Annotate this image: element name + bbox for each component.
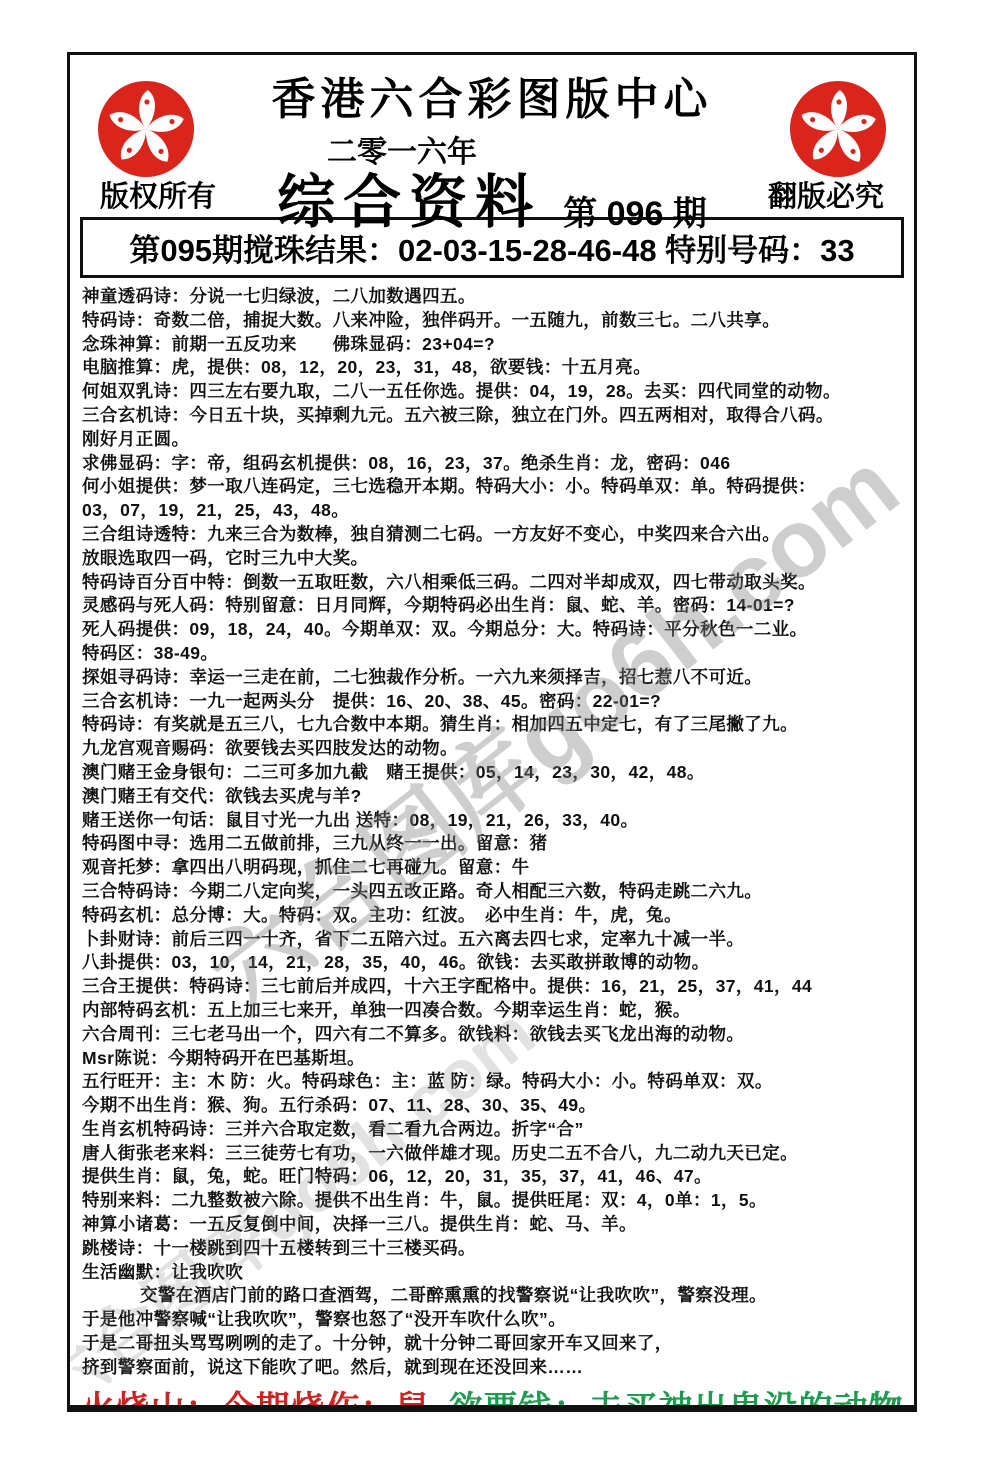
- body-line: 特别来料：二九整数被六除。提供不出生肖：牛，鼠。提供旺尾：双：4，0单：1，5。: [82, 1189, 902, 1213]
- body-line: 三合玄机诗：今日五十块，买掉剩九元。五六被三除，独立在门外。四五两相对，取得合八…: [82, 404, 902, 428]
- body-line: 特码玄机：总分博：大。特码：双。主功：红波。 必中生肖：牛，虎，兔。: [82, 904, 902, 928]
- footer-segment: 火烧山：今期烧伤：鼠: [81, 1381, 431, 1412]
- body-line: 提供生肖：鼠，兔，蛇。旺门特码：06，12，20，31，35，37，41，46、…: [82, 1165, 902, 1189]
- body-line: 五行旺开：主：木 防：火。特码球色：主：蓝 防：绿。特码大小：小。特码单双：双。: [82, 1070, 902, 1094]
- body-line: 特码图中寻：选用二五做前排，三九从终一一出。留意：猪: [82, 832, 902, 856]
- document-frame: 香港六合彩图版中心 二零一六年 综合资料 第 096 期 版权所有 翻版必究: [67, 52, 917, 1412]
- body-line: 跳楼诗：十一楼跳到四十五楼转到三十三楼买码。: [82, 1237, 902, 1261]
- body-line: 探姐寻码诗：幸运一三走在前，二七独裁作分析。一六九来须择吉，招七惹八不可近。: [82, 666, 902, 690]
- body-line: 于是他冲警察喊“让我吹吹”，警察也怒了“没开车吹什么吹”。: [82, 1308, 902, 1332]
- body-line: 九龙宫观音赐码：欲要钱去买四肢发达的动物。: [82, 737, 902, 761]
- body-line: 放眼选取四一码，它时三九中大奖。: [82, 547, 902, 571]
- body-line: 神童透码诗：分说一七归绿波，二八加数遇四五。: [82, 285, 902, 309]
- body-line: 特码诗：有奖就是五三八，七九合数中本期。猜生肖：相加四五中定七，有了三尾撇了九。: [82, 713, 902, 737]
- body-line: Msr陈说：今期特码开在巴基斯坦。: [82, 1047, 902, 1071]
- body-line: 挤到警察面前，说这下能吹了吧。然后，就到现在还没回来……: [82, 1356, 902, 1380]
- body-line: 灵感码与死人码：特别留意：日月同辉，今期特码必出生肖：鼠、蛇、羊。密码：14-0…: [82, 594, 902, 618]
- body-line: 何姐双乳诗：四三左右要九取，二八一五任你选。提供：04，19，28。去买：四代同…: [82, 380, 902, 404]
- body-line: 于是二哥扭头骂骂咧咧的走了。十分钟，就十分钟二哥回家开车又回来了，: [82, 1332, 902, 1356]
- body-line: 交警在酒店门前的路口查酒驾，二哥醉熏熏的找警察说“让我吹吹”，警察没理。: [82, 1284, 902, 1308]
- body-line: 何小姐提供：梦一取八连码定，三七选稳开本期。特码大小：小。特码单双：单。特码提供…: [82, 475, 902, 499]
- body-line: 刚好月正圆。: [82, 428, 902, 452]
- page-title: 香港六合彩图版中心: [210, 63, 774, 127]
- body-line: 念珠神算：前期一五反功来 佛珠显码：23+04=?: [82, 333, 902, 357]
- body-line: 内部特码玄机：五上加三七来开，单独一四凑合数。今期幸运生肖：蛇，猴。: [82, 999, 902, 1023]
- content-lines: 神童透码诗：分说一七归绿波，二八加数遇四五。特码诗：奇数二倍，捕捉大数。八来冲险…: [70, 278, 914, 1380]
- issue-number: 第 096 期: [563, 186, 707, 239]
- body-line: 八卦提供：03，10，14，21，28，35，40，46。欲钱：去买敢拼敢博的动…: [82, 951, 902, 975]
- body-line: 三合特码诗：今期二八定向奖，一头四五改正路。奇人相配三六数，特码走跳二六九。: [82, 880, 902, 904]
- body-line: 三合王提供：特码诗：三七前后并成四，十六王字配格中。提供：16，21，25，37…: [82, 975, 902, 999]
- copyright-right: 翻版必究: [768, 174, 884, 215]
- body-line: 特码区：38-49。: [82, 642, 902, 666]
- body-line: 求佛显码：字：帝，组码玄机提供：08，16，23，37。绝杀生肖：龙，密码：04…: [82, 452, 902, 476]
- body-line: 观音托梦：拿四出八明码现，抓住二七再碰九。留意：牛: [82, 856, 902, 880]
- body-line: 唐人街张老来料：三三徒劳七有功，一六做伴雄才现。历史二五不合八，九二动九天已定。: [82, 1142, 902, 1166]
- body-line: 特码诗百分百中特：倒数一五取旺数，六八相乘低三码。二四对半却成双，四七带动取头奖…: [82, 571, 902, 595]
- body-line: 赌王送你一句话：鼠目寸光一九出 送特：08，19，21，26，33，40。: [82, 809, 902, 833]
- body-line: 三合玄机诗：一九一起两头分 提供：16、20、38、45。密码：22-01=?: [82, 690, 902, 714]
- body-line: 卜卦财诗：前后三四一十齐，省下二五陪六过。五六离去四七求，定率九十减一半。: [82, 928, 902, 952]
- body-line: 死人码提供：09，18，24，40。今期单双：双。今期总分：大。特码诗：平分秋色…: [82, 618, 902, 642]
- body-line: 六合周刊：三七老马出一个，四六有二不算多。欲钱料：欲钱去买飞龙出海的动物。: [82, 1023, 902, 1047]
- body-line: 三合组诗透特：九来三合为数棒，独自猜测二七码。一方友好不变心，中奖四来合六出。: [82, 523, 902, 547]
- header: 香港六合彩图版中心 二零一六年 综合资料 第 096 期 版权所有 翻版必究: [70, 63, 914, 215]
- footer-segment: 欲要钱：去买神出鬼没的动物: [449, 1381, 904, 1412]
- body-line: 今期不出生肖：猴、狗。五行杀码：07、11、28、30、35、49。: [82, 1094, 902, 1118]
- year-label: 二零一六年: [67, 127, 824, 171]
- hk-flag-right-icon: [788, 79, 888, 179]
- body-line: 澳门赌王金身银句：二三可多加九截 赌王提供：05，14，23，30，42，48。: [82, 761, 902, 785]
- body-line: 03，07，19，21，25，43，48。: [82, 499, 902, 523]
- page: 香港六合彩图版中心 二零一六年 综合资料 第 096 期 版权所有 翻版必究: [0, 0, 984, 1457]
- body-line: 生活幽默：让我吹吹: [82, 1261, 902, 1285]
- body-line: 澳门赌王有交代：欲钱去买虎与羊?: [82, 785, 902, 809]
- body-line: 电脑推算：虎，提供：08，12，20，23，31，48，欲要钱：十五月亮。: [82, 356, 902, 380]
- copyright-left: 版权所有: [100, 174, 216, 215]
- body-line: 生肖玄机特码诗：三并六合取定数，看二看九合两边。折字“合”: [82, 1118, 902, 1142]
- body-line: 神算小诸葛：一五反复倒中间，决择一三八。提供生肖：蛇、马、羊。: [82, 1213, 902, 1237]
- footer-tips: 火烧山：今期烧伤：鼠欲要钱：去买神出鬼没的动物: [70, 1380, 914, 1412]
- body-line: 特码诗：奇数二倍，捕捉大数。八来冲险，独伴码开。一五随九，前数三七。二八共享。: [82, 309, 902, 333]
